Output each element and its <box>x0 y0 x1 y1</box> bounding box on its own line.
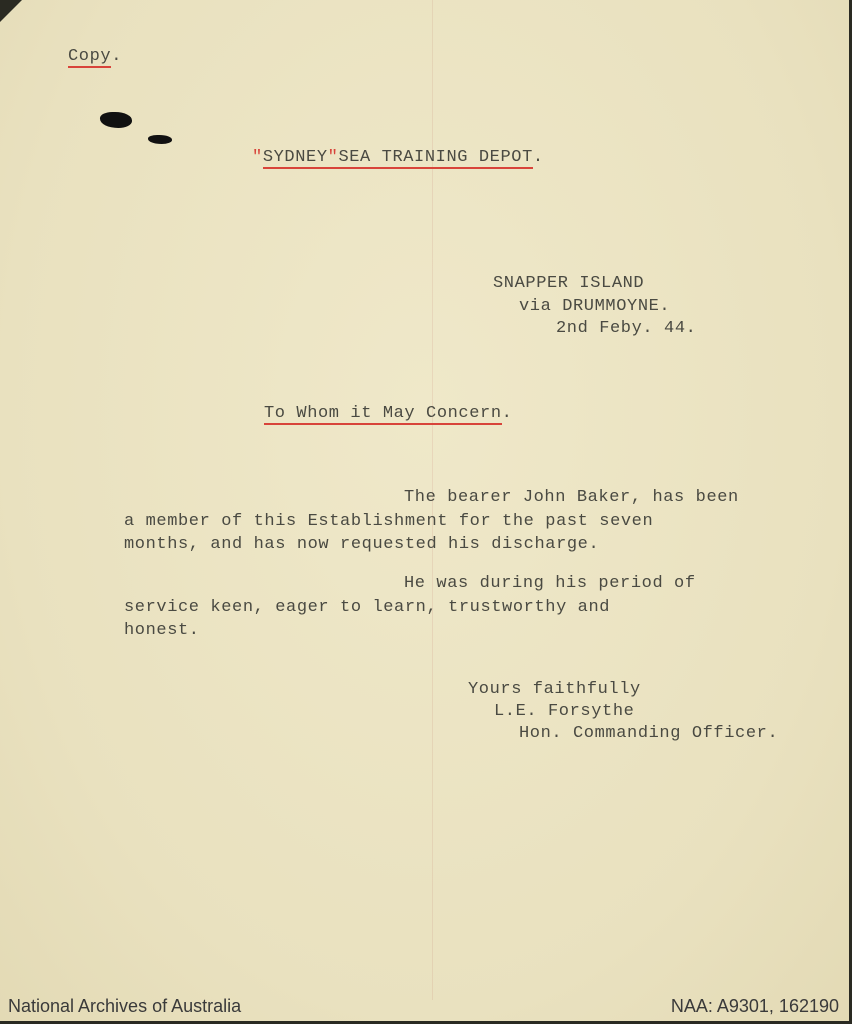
closing-line: Yours faithfully <box>468 679 641 701</box>
document-page: Copy. "SYDNEY"SEA TRAINING DEPOT. SNAPPE… <box>0 0 849 1021</box>
signatory-name: L.E. Forsythe <box>494 701 634 723</box>
date-line: 2nd Feby. 44. <box>556 318 696 340</box>
heading-underlined: SYDNEY"SEA TRAINING DEPOT <box>263 148 533 169</box>
body-p1-line2: a member of this Establishment for the p… <box>124 511 653 533</box>
punch-hole-icon <box>100 112 132 128</box>
punch-hole-icon <box>148 135 172 144</box>
archive-reference: NAA: A9301, 162190 <box>671 996 839 1017</box>
address-line-1: SNAPPER ISLAND <box>493 273 644 295</box>
body-p2-line1: He was during his period of <box>404 573 696 595</box>
salutation: To Whom it May Concern. <box>264 403 512 425</box>
copy-label: Copy. <box>68 46 122 68</box>
archive-name: National Archives of Australia <box>8 996 241 1017</box>
body-p1-line1: The bearer John Baker, has been <box>404 487 739 509</box>
folded-corner <box>0 0 22 22</box>
letterhead-heading: "SYDNEY"SEA TRAINING DEPOT. <box>252 147 544 169</box>
body-p1-line3: months, and has now requested his discha… <box>124 534 599 556</box>
body-p2-line3: honest. <box>124 620 200 642</box>
signatory-title: Hon. Commanding Officer. <box>519 723 778 745</box>
address-line-2: via DRUMMOYNE. <box>519 296 670 318</box>
body-p2-line2: service keen, eager to learn, trustworth… <box>124 597 610 619</box>
